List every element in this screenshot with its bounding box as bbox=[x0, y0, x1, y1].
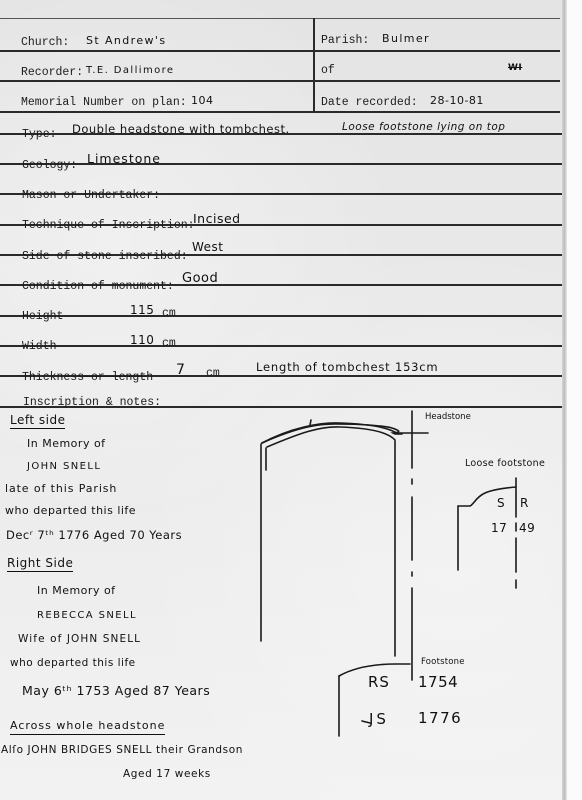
footstone-row-2-initials: JS bbox=[369, 712, 389, 726]
footstone-label: Footstone bbox=[421, 655, 465, 669]
loose-footstone-year-left: 17 bbox=[491, 521, 507, 535]
footstone-row-1-initials: RS bbox=[368, 675, 390, 689]
footstone-row-1-year: 1754 bbox=[418, 675, 458, 689]
footstone-row-2-year: 1776 bbox=[418, 711, 462, 725]
loose-footstone-year-right: 49 bbox=[519, 521, 535, 535]
loose-footstone-label: Loose footstone bbox=[465, 457, 545, 471]
monument-sketch bbox=[0, 0, 582, 800]
loose-footstone-initial-right: R bbox=[520, 496, 529, 510]
headstone-label: Headstone bbox=[425, 410, 471, 424]
loose-footstone-initial-left: S bbox=[497, 496, 505, 510]
